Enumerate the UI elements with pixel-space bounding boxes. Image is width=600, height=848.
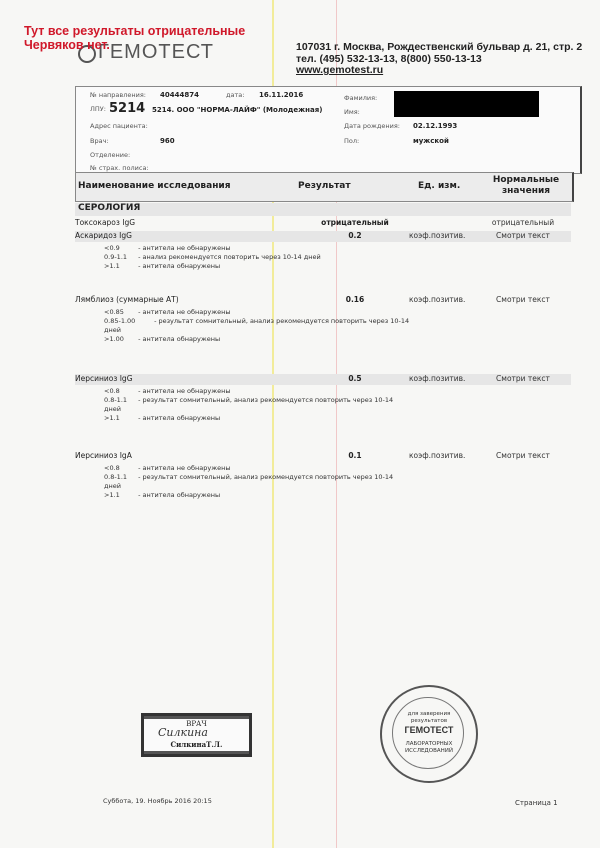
address-line: 107031 г. Москва, Рождественский бульвар…	[296, 42, 582, 54]
test-norm: Смотри текст	[483, 374, 563, 383]
stamp-bottom: ЛАБОРАТОРНЫХ	[382, 741, 476, 747]
reference-range: 0.8-1.1 - результат сомнительный, анализ…	[104, 473, 393, 482]
date-value: 16.11.2016	[259, 91, 303, 99]
test-name: Токсокароз IgG	[75, 218, 135, 227]
header-norm-line1: Нормальные	[493, 175, 559, 185]
referral-value: 40444874	[160, 91, 199, 99]
test-unit: коэф.позитив.	[409, 374, 465, 383]
name-label: Имя:	[344, 108, 360, 116]
reference-range: <0.8 - антитела не обнаружены	[104, 464, 230, 473]
insurance-label: № страх. полиса:	[90, 164, 149, 172]
birthdate-label: Дата рождения:	[344, 122, 400, 130]
test-norm: отрицательный	[483, 218, 563, 227]
section-serology: СЕРОЛОГИЯ	[75, 203, 571, 216]
page-number: Страница 1	[515, 799, 558, 807]
department-label: Отделение:	[90, 151, 130, 159]
lab-round-stamp: для заверения результатов ГЕМОТЕСТ ЛАБОР…	[380, 685, 478, 783]
stamp-brand: ГЕМОТЕСТ	[382, 725, 476, 735]
test-result: 0.2	[285, 231, 425, 240]
reference-range: >1.1 - антитела обнаружены	[104, 414, 220, 423]
test-result: 0.1	[285, 451, 425, 460]
header-name: Наименование исследования	[78, 181, 231, 191]
header-unit: Ед. изм.	[418, 181, 460, 191]
test-result: отрицательный	[285, 218, 425, 227]
header-norm: Нормальные значения	[489, 175, 563, 197]
reference-range-cont: дней	[104, 326, 121, 335]
sex-label: Пол:	[344, 137, 359, 145]
lab-address: 107031 г. Москва, Рождественский бульвар…	[296, 42, 582, 77]
reference-range: >1.1 - антитела обнаружены	[104, 262, 220, 271]
test-result: 0.16	[285, 295, 425, 304]
stamp-top2: результатов	[382, 718, 476, 724]
test-name: Аскаридоз IgG	[75, 231, 132, 240]
test-norm: Смотри текст	[483, 231, 563, 240]
test-norm: Смотри текст	[483, 451, 563, 460]
note-line-1: Тут все результаты отрицательные	[24, 24, 245, 38]
doctor-label: Врач:	[90, 137, 109, 145]
reference-range: 0.8-1.1 - результат сомнительный, анализ…	[104, 396, 393, 405]
table-row: Токсокароз IgGотрицательныйотрицательный	[75, 218, 571, 229]
header-result: Результат	[298, 181, 351, 191]
stamp-top: для заверения	[382, 711, 476, 717]
test-result: 0.5	[285, 374, 425, 383]
doctor-signature: Силкина	[158, 726, 208, 739]
sex-value: мужской	[413, 137, 449, 145]
test-unit: коэф.позитив.	[409, 451, 465, 460]
doctor-name: СилкинаТ.Л.	[144, 740, 249, 749]
reference-range: 0.85-1.00 - результат сомнительный, анал…	[104, 317, 409, 326]
lpu-name: 5214. ООО "НОРМА-ЛАЙФ" (Молодежная)	[152, 106, 322, 114]
reference-range: >1.00 - антитела обнаружены	[104, 335, 220, 344]
header-norm-line2: значения	[502, 186, 550, 196]
reference-range: 0.9-1.1 - анализ рекомендуется повторить…	[104, 253, 321, 262]
test-unit: коэф.позитив.	[409, 231, 465, 240]
table-row: Иерсиниоз IgA0.1коэф.позитив.Смотри текс…	[75, 451, 571, 462]
stamp-bottom2: ИССЛЕДОВАНИЙ	[382, 748, 476, 754]
handwritten-note: Тут все результаты отрицательные Червяко…	[24, 24, 245, 52]
reference-range: <0.8 - антитела не обнаружены	[104, 387, 230, 396]
note-line-2: Червяков нет.	[24, 38, 245, 52]
doctor-value: 960	[160, 137, 175, 145]
redacted-patient-name	[394, 91, 539, 117]
reference-range: <0.9 - антитела не обнаружены	[104, 244, 230, 253]
surname-label: Фамилия:	[344, 94, 377, 102]
test-name: Иерсиниоз IgA	[75, 451, 132, 460]
test-unit: коэф.позитив.	[409, 295, 465, 304]
address-label: Адрес пациента:	[90, 122, 148, 130]
doctor-stamp: ВРАЧ Силкина СилкинаТ.Л.	[141, 713, 252, 757]
website-link[interactable]: www.gemotest.ru	[296, 65, 582, 77]
reference-range-cont: дней	[104, 482, 121, 491]
test-name: Иерсиниоз IgG	[75, 374, 133, 383]
test-name: Лямблиоз (суммарные АТ)	[75, 295, 179, 304]
test-norm: Смотри текст	[483, 295, 563, 304]
reference-range: >1.1 - антитела обнаружены	[104, 491, 220, 500]
date-label: дата:	[226, 91, 244, 99]
table-row: Аскаридоз IgG0.2коэф.позитив.Смотри текс…	[75, 231, 571, 242]
print-timestamp: Суббота, 19. Ноябрь 2016 20:15	[103, 797, 212, 805]
lpu-label: ЛПУ:	[90, 105, 106, 113]
reference-range-cont: дней	[104, 405, 121, 414]
reference-range: <0.85 - антитела не обнаружены	[104, 308, 230, 317]
section-title: СЕРОЛОГИЯ	[78, 203, 140, 213]
referral-label: № направления:	[90, 91, 146, 99]
table-row: Лямблиоз (суммарные АТ)0.16коэф.позитив.…	[75, 295, 571, 306]
lpu-number: 5214	[109, 101, 145, 116]
birthdate-value: 02.12.1993	[413, 122, 457, 130]
table-row: Иерсиниоз IgG0.5коэф.позитив.Смотри текс…	[75, 374, 571, 385]
